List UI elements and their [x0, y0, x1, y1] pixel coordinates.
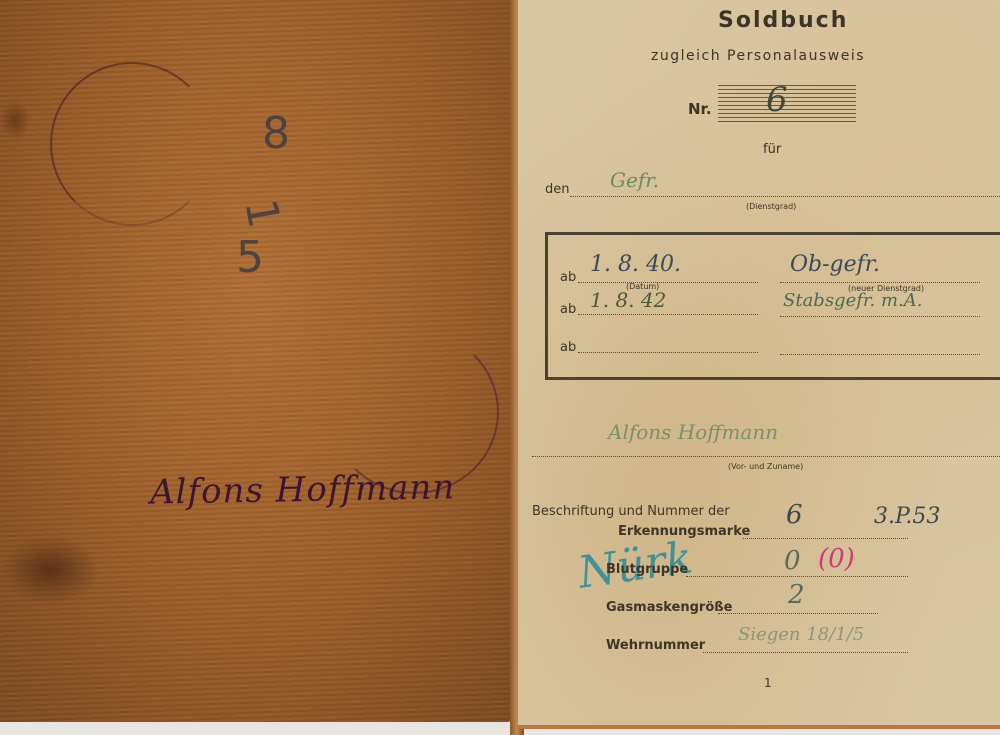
dotted-line — [780, 282, 980, 283]
dotted-line — [743, 538, 908, 539]
dotted-line — [578, 282, 758, 283]
signature: Alfons Hoffmann — [150, 467, 456, 512]
dotted-line — [532, 456, 1000, 457]
dotted-line — [686, 576, 908, 577]
nr-label: Nr. — [688, 100, 712, 118]
wehrnummer-label: Wehrnummer — [606, 638, 705, 653]
blutgruppe-value: 0 — [784, 546, 801, 576]
dotted-line — [718, 613, 878, 614]
ab-label: ab — [560, 340, 576, 355]
erkennungsmarke-number: 6 — [786, 500, 803, 530]
cover-left-page: 8 1 5 Alfons Hoffmann — [0, 0, 515, 722]
promotion-date: 1. 8. 42 — [590, 288, 666, 312]
soldbuch-page: Soldbuch zugleich Personalausweis Nr. 6 … — [518, 0, 1000, 729]
blutgruppe-label: Blutgruppe — [606, 562, 688, 577]
dotted-line — [780, 316, 980, 317]
dotted-line — [578, 314, 758, 315]
gasmaske-label: Gasmaskengröße — [606, 600, 732, 615]
promotion-rank: Ob-gefr. — [790, 252, 880, 277]
dotted-line — [578, 352, 758, 353]
erkennungsmarke-unit: 3.P.53 — [874, 504, 940, 529]
erkennungsmarke-label: Beschriftung und Nummer der — [532, 504, 730, 519]
document-title: Soldbuch — [718, 8, 848, 33]
dotted-line — [570, 196, 1000, 197]
promotion-date: 1. 8. 40. — [590, 252, 681, 277]
nr-value: 6 — [766, 80, 788, 120]
stain — [0, 535, 100, 605]
document-subtitle: zugleich Personalausweis — [651, 48, 865, 64]
den-label: den — [545, 182, 570, 197]
pencil-mark: 1 — [234, 195, 289, 231]
dotted-line — [703, 652, 908, 653]
promotion-rank: Stabsgefr. m.A. — [783, 290, 922, 311]
gasmaske-value: 2 — [788, 580, 805, 610]
blutgruppe-value-red: (0) — [818, 544, 855, 574]
name-caption: (Vor- und Zuname) — [728, 462, 803, 471]
ink-stamp-top — [50, 62, 214, 226]
wehrnummer-value: Siegen 18/1/5 — [738, 624, 864, 645]
ab-label: ab — [560, 270, 576, 285]
fuer-label: für — [763, 142, 781, 157]
name-value: Alfons Hoffmann — [608, 420, 778, 444]
den-value: Gefr. — [610, 168, 659, 192]
dotted-line — [780, 354, 980, 355]
stain — [0, 100, 30, 140]
page-number: 1 — [764, 676, 772, 690]
dienstgrad-caption: (Dienstgrad) — [746, 202, 796, 211]
pencil-mark: 8 — [262, 108, 290, 159]
ab-label: ab — [560, 302, 576, 317]
pencil-mark: 5 — [236, 232, 264, 283]
